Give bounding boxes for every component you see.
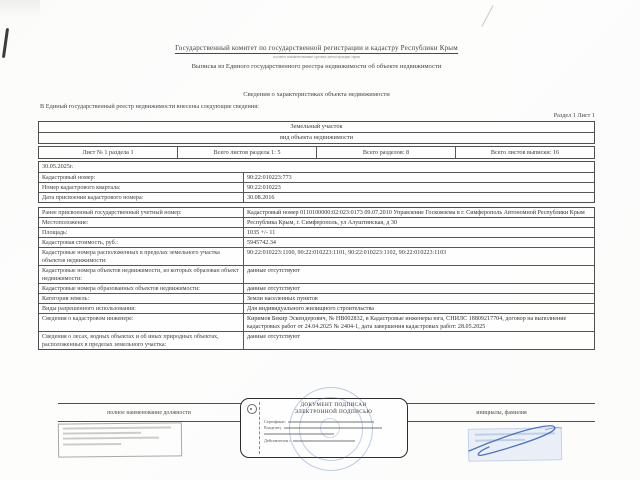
row-value: 90:22:010223:1100, 90:22:010223:1101, 90… <box>244 248 594 265</box>
row-label: Кадастровые номера расположенных в преде… <box>39 248 244 265</box>
faded-blue-stamp-line <box>475 439 525 442</box>
row-value: данные отсутствуют <box>244 332 594 349</box>
table-row: Кадастровая стоимость, руб.: 5945742.34 <box>39 237 594 247</box>
faded-blue-stamp-line <box>475 432 555 435</box>
row-label: Площадь: <box>39 228 244 237</box>
table-row: Ранее присвоенный государственный учетны… <box>39 208 594 217</box>
faded-stamp-text-line <box>63 437 159 440</box>
row-label: Виды разрешенного использования: <box>39 304 244 313</box>
scan-slash-artifact <box>2 28 9 58</box>
document-title: Выписка из Единого государственного реес… <box>38 63 595 70</box>
row-value: 90:22:010223 <box>244 183 594 192</box>
object-type-table: Земельный участок вид объекта недвижимос… <box>38 121 595 144</box>
table-row: Дата присвоения кадастрового номера: 30.… <box>39 192 594 202</box>
object-type: Земельный участок <box>39 122 594 133</box>
registration-authority-name: Государственный комитет по государственн… <box>38 44 595 52</box>
row-value: 30.08.2016 <box>244 193 594 202</box>
object-type-caption: вид объекта недвижимости <box>39 133 594 143</box>
table-row: Кадастровый номер: 90:22:010223:773 <box>39 172 594 182</box>
faded-stamp-text-line <box>63 432 141 435</box>
row-value: 1035 +/- 11 <box>244 228 594 237</box>
table-row: Кадастровые номера образованных объектов… <box>39 283 594 293</box>
row-value: Республика Крым, г. Симферополь, ул Алуш… <box>244 218 594 227</box>
table-row: Кадастровые номера объектов недвижимости… <box>39 265 594 283</box>
section-title: Сведения о характеристиках объекта недви… <box>38 91 595 98</box>
stamp-details: Сертификат: Владелец: Действителен с <box>264 419 403 444</box>
row-value: Для индивидуального жилищного строительс… <box>244 304 594 313</box>
object-details-table: Ранее присвоенный государственный учетны… <box>38 207 595 350</box>
row-label: Местоположение: <box>39 218 244 227</box>
sheet-info-table: Лист № 1 раздела 1 Всего листов раздела … <box>38 146 595 159</box>
row-label: Ранее присвоенный государственный учетны… <box>39 208 244 217</box>
row-label: Номер кадастрового квартала: <box>39 183 244 192</box>
row-label: Кадастровый номер: <box>39 173 244 182</box>
table-row: Местоположение: Республика Крым, г. Симф… <box>39 217 594 227</box>
faded-stamp-text-line <box>63 443 121 446</box>
sheet-info-cell: Всего листов выписки: 16 <box>456 147 594 158</box>
row-label: Сведения о кадастровом инженере: <box>39 314 244 331</box>
row-value: данные отсутствуют <box>244 266 594 283</box>
stamp-heading-line2: ЭЛЕКТРОННОЙ ПОДПИСЬЮ <box>264 409 403 416</box>
section-page-label: Раздел 1 Лист 1 <box>554 112 595 119</box>
faded-blue-stamp <box>468 427 563 462</box>
table-row: Кадастровые номера расположенных в преде… <box>39 247 594 265</box>
table-row: Категория земель: Земли населенных пункт… <box>39 293 594 303</box>
row-label: Сведения о лесах, водных объектах и об и… <box>39 332 244 349</box>
table-row: Номер кадастрового квартала: 90:22:01022… <box>39 182 594 192</box>
sheet-info-cell: Всего листов раздела 1: 5 <box>178 147 317 158</box>
registration-authority-text: Государственный комитет по государственн… <box>175 44 458 54</box>
stamp-body: ДОКУМЕНТ ПОДПИСАН ЭЛЕКТРОННОЙ ПОДПИСЬЮ С… <box>260 402 403 454</box>
sheet-info-cell: Лист № 1 раздела 1 <box>39 147 178 158</box>
name-label: инициалы, фамилия <box>408 404 595 421</box>
row-value: 90:22:010223:773 <box>244 173 594 182</box>
authority-caption: полное наименование органа регистрации п… <box>38 54 595 59</box>
row-value: Кадастровый номер 0110100000:02:023:0173… <box>244 208 594 217</box>
stamp-emblem-column <box>244 402 260 454</box>
stamp-validity-line: Действителен с <box>264 438 403 444</box>
scan-line-artifact <box>481 5 493 27</box>
stamp-heading-line1: ДОКУМЕНТ ПОДПИСАН <box>264 402 403 409</box>
row-label: Кадастровые номера объектов недвижимости… <box>39 266 244 283</box>
row-label: Дата присвоения кадастрового номера: <box>39 193 244 202</box>
document-header: Государственный комитет по государственн… <box>38 44 595 70</box>
table-row: Виды разрешенного использования: Для инд… <box>39 303 594 313</box>
position-label: полное наименование должности <box>58 404 240 421</box>
row-value: Земли населенных пунктов <box>244 294 594 303</box>
row-label: Категория земель: <box>39 294 244 303</box>
table-row: Сведения о лесах, водных объектах и об и… <box>39 331 594 349</box>
electronic-signature-stamp: ДОКУМЕНТ ПОДПИСАН ЭЛЕКТРОННОЙ ПОДПИСЬЮ С… <box>240 398 408 458</box>
row-label: Кадастровые номера образованных объектов… <box>39 284 244 293</box>
extract-date: 30.05.2025г. <box>39 162 594 172</box>
sheet-info-cell: Всего разделов: 8 <box>317 147 456 158</box>
row-value: Киримов Бекир Эскендерович, № НВ002832, … <box>244 314 594 331</box>
faded-stamp-text-line <box>63 426 171 429</box>
scan-shading-artifact <box>0 0 40 18</box>
row-value: 5945742.34 <box>244 238 594 247</box>
signature-emblem-icon <box>247 404 257 414</box>
row-value: данные отсутствуют <box>244 284 594 293</box>
row-label: Кадастровая стоимость, руб.: <box>39 238 244 247</box>
table-row: Площадь: 1035 +/- 11 <box>39 227 594 237</box>
cadastral-id-table: 30.05.2025г. Кадастровый номер: 90:22:01… <box>38 161 595 203</box>
table-row: Сведения о кадастровом инженере: Киримов… <box>39 313 594 331</box>
faded-stamp-imprint <box>58 422 182 457</box>
intro-line: В Единый государственный реестр недвижим… <box>40 103 259 110</box>
document-page: Государственный комитет по государственн… <box>0 0 640 480</box>
